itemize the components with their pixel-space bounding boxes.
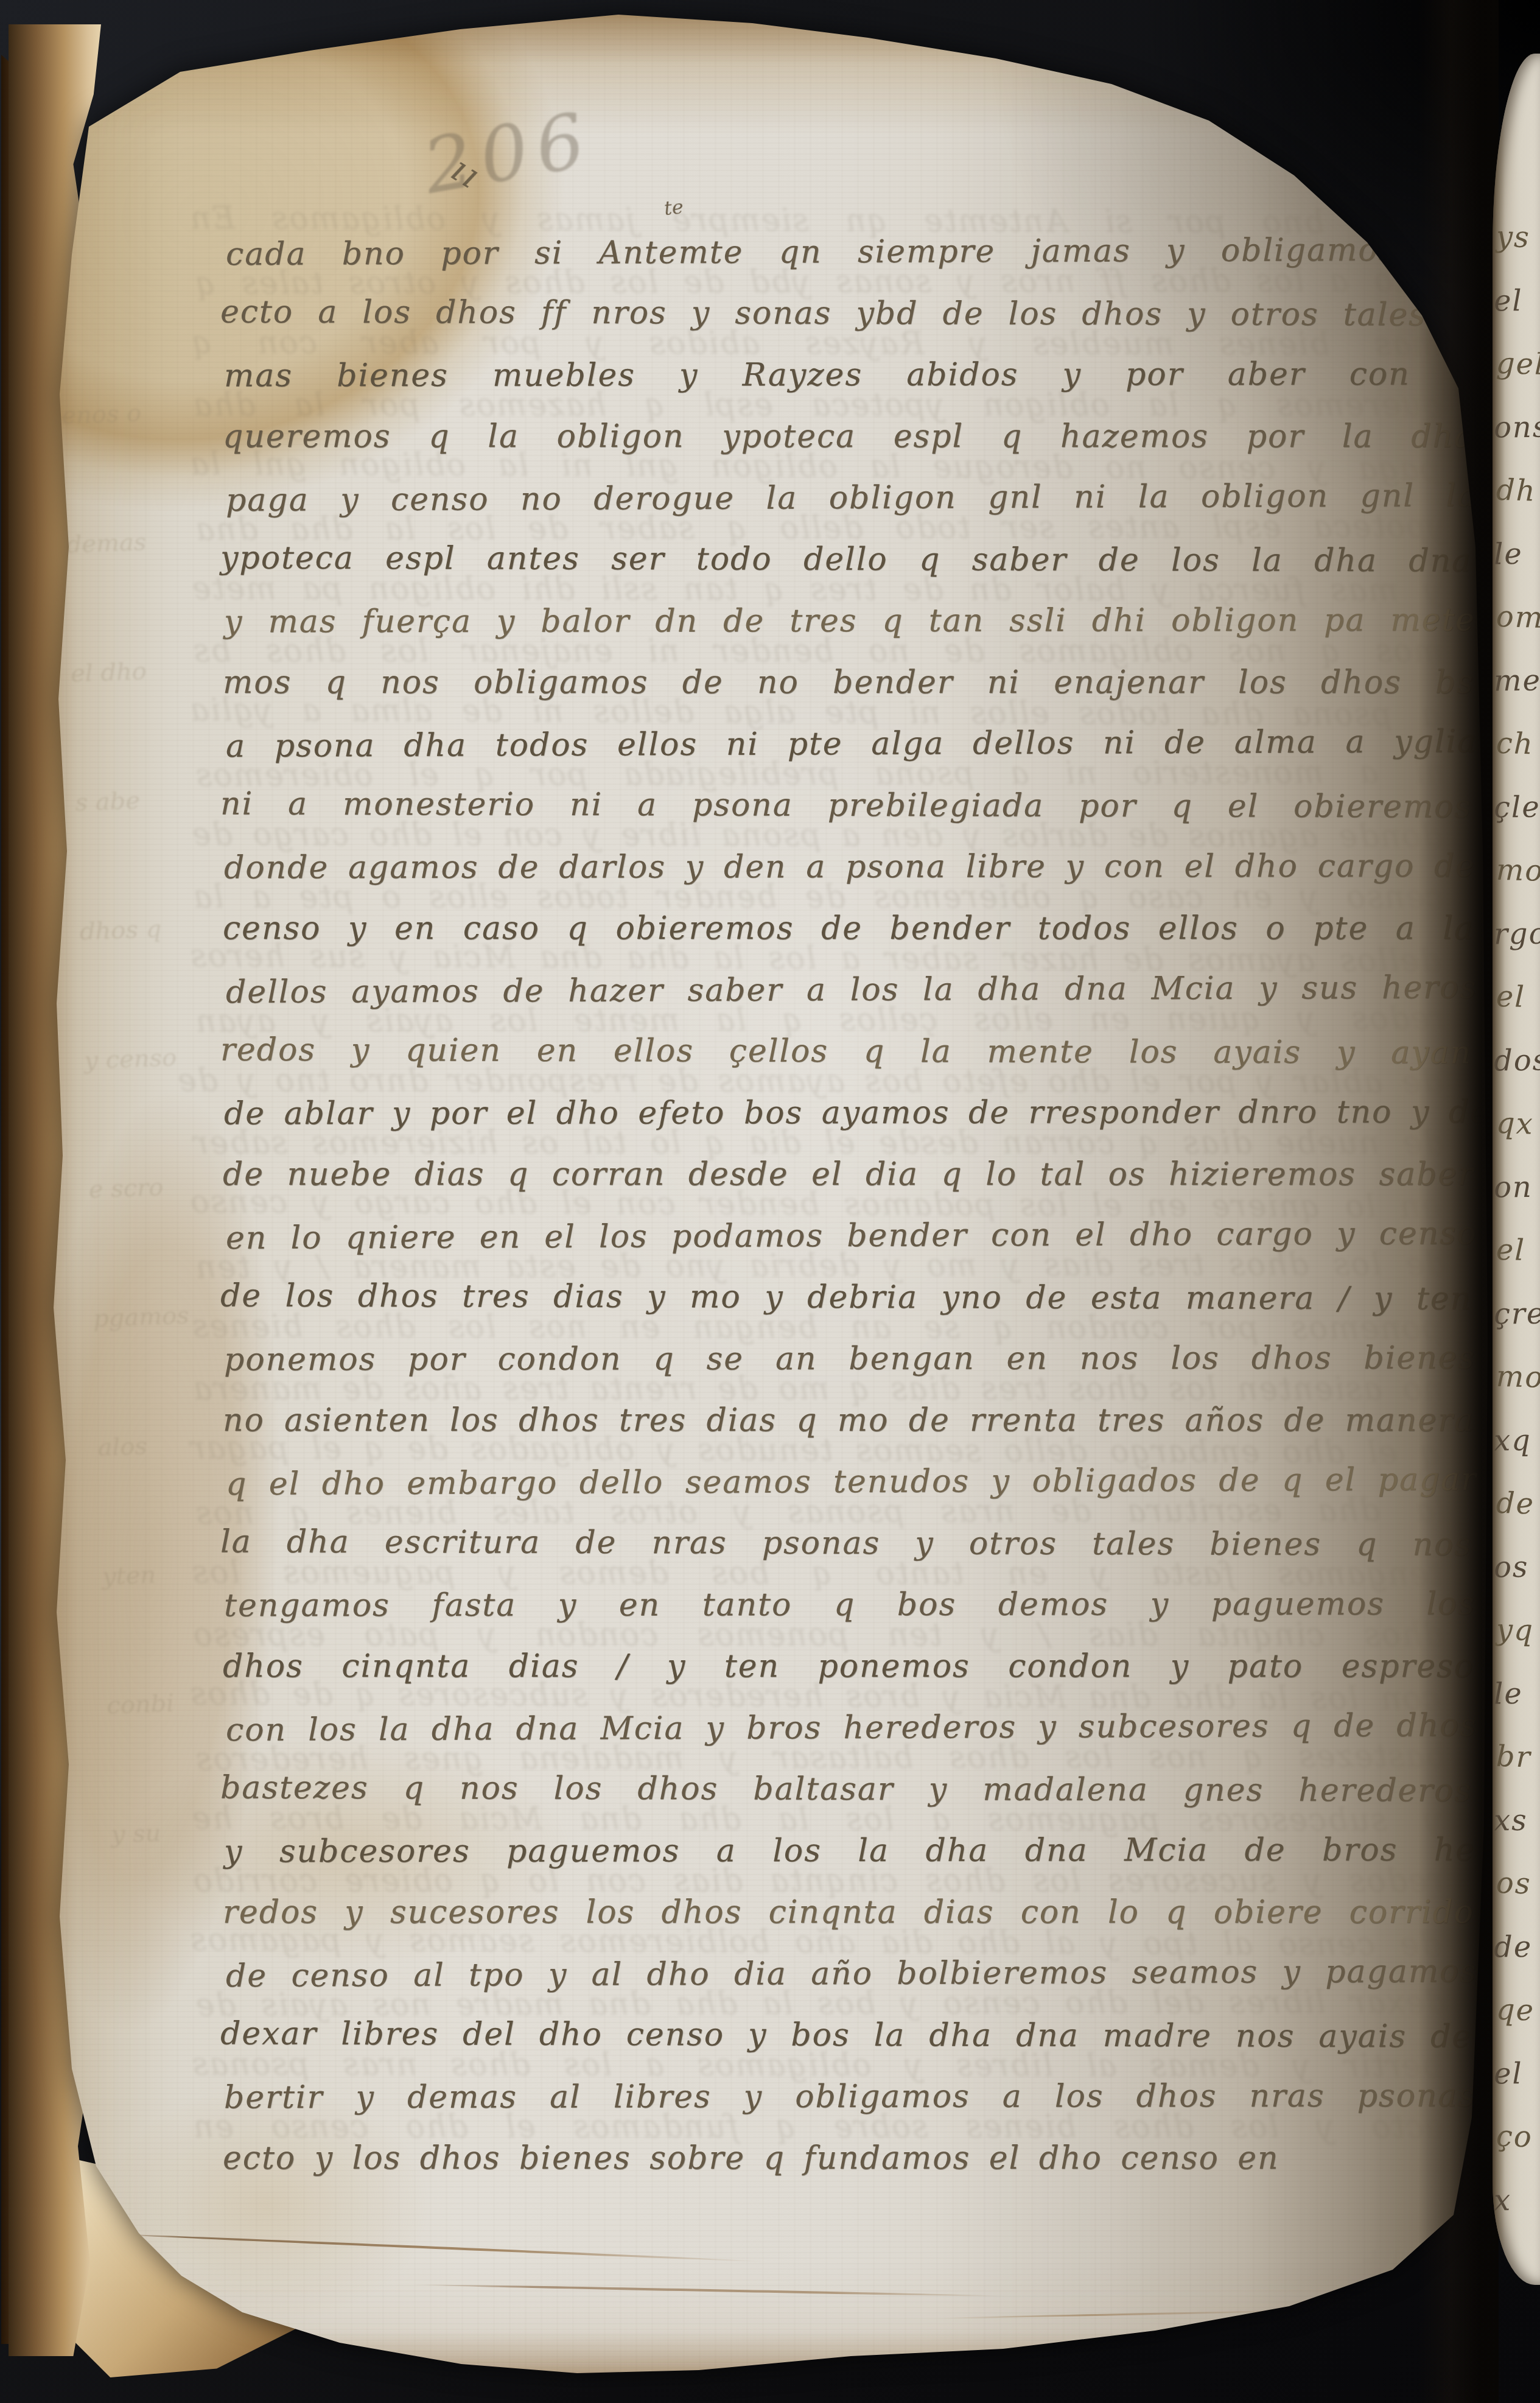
facing-page-fragment: br: [1496, 1725, 1540, 1789]
facing-page-fragment: om: [1496, 585, 1540, 650]
facing-page-fragment: xq: [1493, 1409, 1540, 1473]
manuscript-line: con los la dha dna Mcia y bros herederos…: [226, 1695, 1477, 1761]
manuscript-line: en lo qniere en el los podamos bender co…: [226, 1203, 1477, 1269]
facing-page-text: yselgelonsdhleommexchçlesmosrgoxeldosqxo…: [1496, 206, 1540, 2232]
facing-page-fragment: rgox: [1493, 902, 1540, 966]
manuscript-line: de los dhos tres dias y mo y debria yno …: [220, 1265, 1472, 1330]
bleedthrough-fragment: y censo: [82, 991, 233, 1125]
manuscript-line: cada bno por si Antemte qn siempre jamas…: [226, 219, 1477, 286]
bleedthrough-fragment: enos o: [60, 346, 210, 480]
bleedthrough-fragment: dhos q: [77, 862, 228, 996]
facing-page-fragment: qx: [1496, 1092, 1540, 1156]
manuscript-line: ypoteca espl antes ser todo dello q sabe…: [220, 527, 1472, 592]
facing-page-fragment: el: [1496, 1218, 1540, 1283]
manuscript-line: redos y sucesores los dhos cinqnta dias …: [223, 1882, 1474, 1943]
manuscript-line: no asienten los dhos tres dias q mo de r…: [223, 1390, 1474, 1451]
manuscript-line: queremos q la obligon ypoteca espl q haz…: [223, 406, 1474, 468]
manuscript-line: redos y quien en ellos çellos q la mente…: [220, 1019, 1472, 1084]
facing-page-fragment: ons: [1493, 396, 1540, 460]
manuscript-line: dexar libres del dho censo y bos la dha …: [220, 2003, 1472, 2068]
bleedthrough-fragment: el dho: [68, 604, 219, 738]
manuscript-line: mos q nos obligamos de no bender ni enaj…: [223, 652, 1474, 714]
manuscript-line: de ablar y por el dho efeto bos ayamos d…: [224, 1082, 1475, 1145]
facing-page-fragment: çre: [1493, 1282, 1540, 1346]
facing-page-fragment: yq: [1496, 1598, 1540, 1663]
facing-page-fragment: mos: [1496, 1345, 1540, 1409]
facing-page-fragment: ço: [1496, 2105, 1540, 2169]
bleedthrough-fragment: demas: [64, 475, 214, 609]
page-shadow-wrap: cada bno por si Antemte qn siempre jamas…: [0, 0, 1540, 2403]
manuscript-page: cada bno por si Antemte qn siempre jamas…: [34, 7, 1493, 2379]
manuscript-line: ponemos por condon q se an bengan en nos…: [224, 1328, 1475, 1391]
bottom-tear-line: [107, 2233, 764, 2262]
facing-page-sliver: yselgelonsdhleommexchçlesmosrgoxeldosqxo…: [1493, 54, 1540, 2285]
facing-page-fragment: x: [1493, 2169, 1540, 2233]
facing-page-fragment: gel: [1496, 332, 1540, 396]
facing-page-fragment: de: [1493, 1915, 1540, 1979]
manuscript-line: y subcesores paguemos a los la dha dna M…: [224, 1820, 1475, 1883]
manuscript-line: dellos ayamos de hazer saber a los la dh…: [226, 957, 1477, 1023]
bottom-tear-line: [935, 2310, 1312, 2320]
facing-page-fragment: de: [1496, 1472, 1540, 1536]
manuscript-line: mas bienes muebles y Rayzes abidos y por…: [224, 344, 1475, 407]
bleedthrough-fragment: pgamos: [91, 1249, 241, 1383]
facing-page-fragment: mos: [1496, 838, 1540, 903]
facing-page-fragment: el: [1493, 2042, 1540, 2106]
manuscript-line: donde agamos de darlos y den a psona lib…: [224, 836, 1475, 899]
manuscript-line: dhos cinqnta dias / y ten ponemos condon…: [223, 1636, 1474, 1697]
manuscript-line: a psona dha todos ellos ni pte alga dell…: [226, 711, 1477, 777]
interlinear-superscript: te: [663, 195, 685, 220]
bleedthrough-fragment: e scro: [86, 1120, 237, 1254]
manuscript-line: de censo al tpo y al dho dia año bolbier…: [226, 1941, 1477, 2007]
facing-page-fragment: le: [1493, 1662, 1540, 1726]
manuscript-line: tengamos fasta y en tanto q bos demos y …: [224, 1574, 1475, 1637]
facing-page-fragment: xs: [1493, 1789, 1540, 1853]
bleedthrough-fragment: s abe: [73, 733, 223, 867]
stain-top-strip: [34, 7, 1493, 135]
manuscript-line: paga y censo no derogue la obligon gnl n…: [226, 465, 1477, 531]
facing-page-fragment: os: [1496, 1851, 1540, 1916]
manuscript-line: ecto a los dhos ff nros y sonas ybd de l…: [220, 281, 1472, 346]
manuscript-line: y mas fuerça y balor dn de tres q tan ss…: [224, 590, 1475, 653]
manuscript-line: la dha escritura de nras psonas y otros …: [220, 1511, 1472, 1576]
facing-page-fragment: qe: [1496, 1978, 1540, 2043]
facing-page-fragment: çles: [1493, 776, 1540, 840]
manuscript-line: ni a monesterio ni a psona prebilegiada …: [220, 773, 1472, 838]
manuscript-text-block: cada bno por si Antemte qn siempre jamas…: [223, 222, 1474, 2189]
binding-gutter-shadow: [1418, 0, 1499, 2403]
facing-page-fragment: dh: [1496, 458, 1540, 523]
manuscript-line: bertir y demas al libres y obligamos a l…: [224, 2066, 1475, 2129]
facing-page-fragment: ys: [1496, 205, 1540, 270]
facing-page-fragment: on: [1493, 1156, 1540, 1219]
facing-page-fragment: ch: [1496, 712, 1540, 776]
manuscript-line: de nuebe dias q corran desde el dia q lo…: [223, 1144, 1474, 1205]
manuscript-photo: cada bno por si Antemte qn siempre jamas…: [0, 0, 1540, 2403]
facing-page-fragment: el: [1493, 269, 1540, 333]
bottom-tear-line: [411, 2284, 1008, 2298]
facing-page-fragment: os: [1493, 1535, 1540, 1599]
manuscript-line: q el dho embargo dello seamos tenudos y …: [226, 1449, 1477, 1515]
manuscript-line: censo y en caso q obieremos de bender to…: [223, 898, 1474, 959]
facing-page-fragment: le: [1493, 522, 1540, 586]
manuscript-line: bastezes q nos los dhos baltasar y madal…: [220, 1757, 1472, 1822]
facing-page-fragment: el: [1496, 965, 1540, 1030]
facing-page-fragment: dos: [1493, 1029, 1540, 1093]
manuscript-line: ecto y los dhos bienes sobre q fundamos …: [223, 2128, 1324, 2189]
facing-page-fragment: mex: [1493, 649, 1540, 713]
